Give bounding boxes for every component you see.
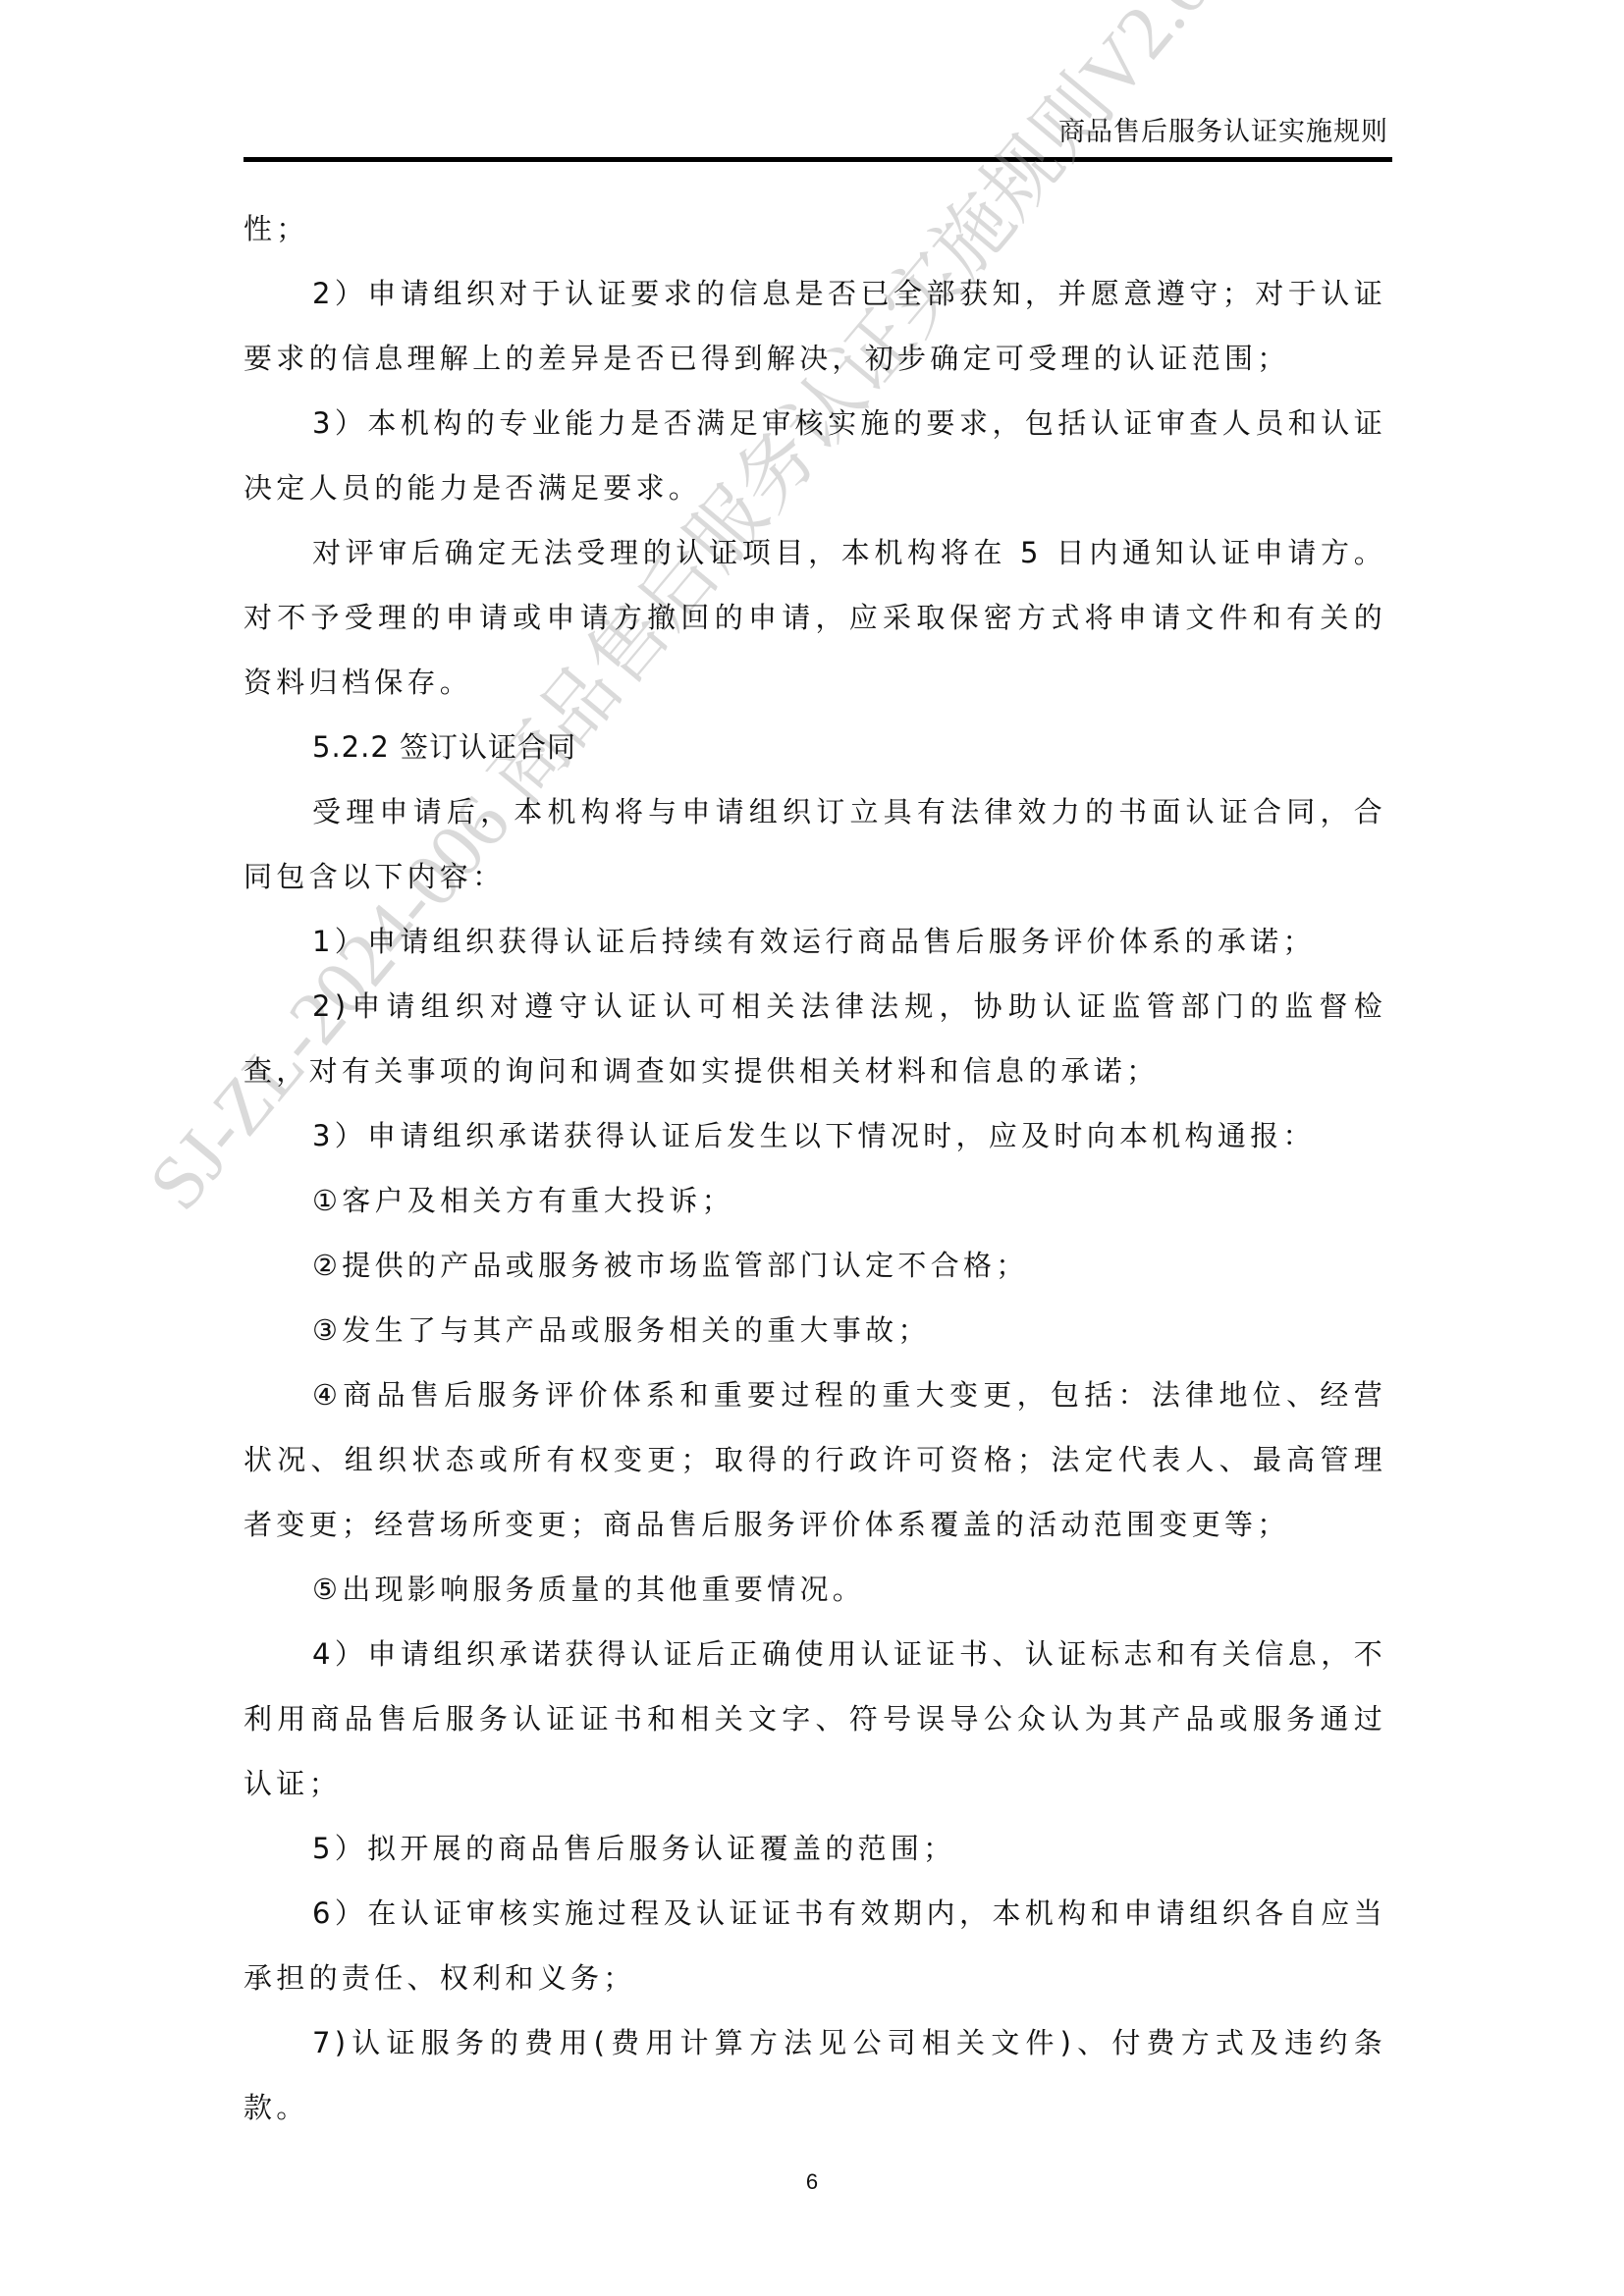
sub-item-3: ③发生了与其产品或服务相关的重大事故； bbox=[244, 1298, 1386, 1362]
contract-item-7: 7)认证服务的费用(费用计算方法见公司相关文件)、付费方式及违约条款。 bbox=[244, 2010, 1386, 2140]
paragraph-rejection-notice: 对评审后确定无法受理的认证项目，本机构将在 5 日内通知认证申请方。对不予受理的… bbox=[244, 520, 1386, 715]
contract-item-6: 6）在认证审核实施过程及认证证书有效期内，本机构和申请组织各自应当承担的责任、权… bbox=[244, 1881, 1386, 2010]
paragraph-item-2: 2）申请组织对于认证要求的信息是否已全部获知，并愿意遵守；对于认证要求的信息理解… bbox=[244, 261, 1386, 391]
paragraph-continuation: 性； bbox=[244, 196, 1386, 261]
sub-item-5: ⑤出现影响服务质量的其他重要情况。 bbox=[244, 1557, 1386, 1622]
contract-item-4: 4）申请组织承诺获得认证后正确使用认证证书、认证标志和有关信息，不利用商品售后服… bbox=[244, 1622, 1386, 1816]
running-header-title: 商品售后服务认证实施规则 bbox=[1058, 110, 1388, 148]
sub-item-4: ④商品售后服务评价体系和重要过程的重大变更，包括：法律地位、经营状况、组织状态或… bbox=[244, 1362, 1386, 1557]
sub-item-1: ①客户及相关方有重大投诉； bbox=[244, 1168, 1386, 1233]
document-body: 性； 2）申请组织对于认证要求的信息是否已全部获知，并愿意遵守；对于认证要求的信… bbox=[244, 196, 1386, 2140]
sub-item-2: ②提供的产品或服务被市场监管部门认定不合格； bbox=[244, 1233, 1386, 1298]
header-rule-divider bbox=[244, 157, 1392, 162]
paragraph-item-3: 3）本机构的专业能力是否满足审核实施的要求，包括认证审查人员和认证决定人员的能力… bbox=[244, 391, 1386, 520]
document-page: 商品售后服务认证实施规则 SJ-ZL-2024-006 商品售后服务认证实施规则… bbox=[0, 0, 1624, 2296]
paragraph-contract-intro: 受理申请后，本机构将与申请组织订立具有法律效力的书面认证合同，合同包含以下内容： bbox=[244, 779, 1386, 909]
page-number: 6 bbox=[0, 2169, 1624, 2195]
contract-item-5: 5）拟开展的商品售后服务认证覆盖的范围； bbox=[244, 1816, 1386, 1881]
contract-item-3: 3）申请组织承诺获得认证后发生以下情况时，应及时向本机构通报： bbox=[244, 1103, 1386, 1168]
contract-item-1: 1）申请组织获得认证后持续有效运行商品售后服务评价体系的承诺； bbox=[244, 909, 1386, 974]
section-heading-5-2-2: 5.2.2 签订认证合同 bbox=[244, 715, 1386, 779]
contract-item-2: 2)申请组织对遵守认证认可相关法律法规，协助认证监管部门的监督检查，对有关事项的… bbox=[244, 974, 1386, 1103]
